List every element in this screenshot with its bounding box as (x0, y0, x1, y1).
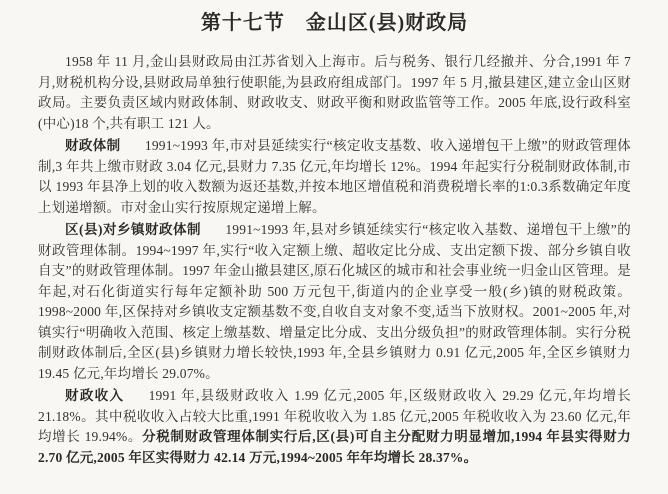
paragraph-text: 1958 年 11 月,金山县财政局由江苏省划入上海市。后与税务、银行几经撤并、… (38, 54, 631, 131)
paragraph-township-fiscal-system: 区(县)对乡镇财政体制1991~1993 年,县对乡镇延续实行“核定收入基数、递… (38, 220, 631, 384)
paragraph-fiscal-system: 财政体制1991~1993 年,市对县延续实行“核定收支基数、收入递增包干上缴”… (38, 136, 631, 218)
paragraph-history: 1958 年 11 月,金山县财政局由江苏省划入上海市。后与税务、银行几经撤并、… (38, 52, 631, 134)
paragraph-fiscal-revenue: 财政收入1991 年,县级财政收入 1.99 亿元,2005 年,区级财政收入 … (38, 386, 631, 468)
paragraph-heading-fiscal-revenue: 财政收入 (65, 388, 124, 403)
paragraph-heading-fiscal-system: 财政体制 (65, 138, 121, 153)
paragraph-text: 1991~1993 年,县对乡镇延续实行“核定收入基数、递增包干上缴”的财政管理… (38, 222, 631, 381)
page-title: 第十七节 金山区(县)财政局 (38, 6, 631, 35)
paragraph-text: 1991~1993 年,市对县延续实行“核定收支基数、收入递增包干上缴”的财政管… (38, 138, 631, 215)
document-page: 第十七节 金山区(县)财政局 1958 年 11 月,金山县财政局由江苏省划入上… (0, 0, 668, 494)
paragraph-heading-township-fiscal-system: 区(县)对乡镇财政体制 (65, 222, 201, 237)
